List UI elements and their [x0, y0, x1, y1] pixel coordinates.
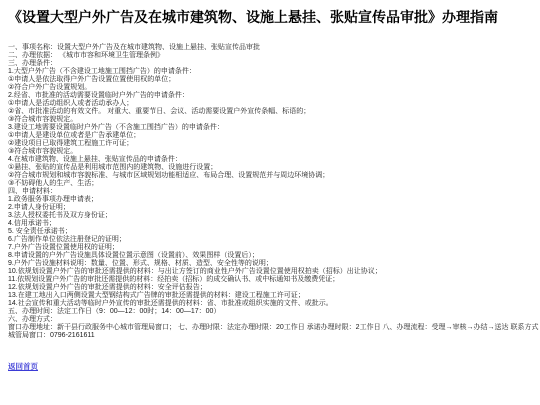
doc-line-conditions-heading: 三、办理条件： [8, 60, 540, 68]
doc-line-time: 五、办理时间：法定工作日（9：00—12：00时；14：00—17：00） [8, 308, 540, 316]
return-home-link[interactable]: 返回首页 [8, 362, 38, 371]
doc-line: 4.信用承诺书； [8, 220, 540, 228]
doc-line: ①悬挂、张贴的宣传品是利用城市范围内的建筑物、设施进行设置； [8, 164, 540, 172]
doc-line: ②建设项目已取得建筑工程施工许可证； [8, 140, 540, 148]
doc-line: ①申请人是建设单位或者是广告承建单位； [8, 132, 540, 140]
document-body: 一、事项名称：设置大型户外广告及在城市建筑物、设施上悬挂、张贴宣传品审批 二、办… [8, 44, 540, 340]
doc-line-basis: 二、办理依据： 《城市市容和环境卫生管理条例》 [8, 52, 540, 60]
doc-line: 12.依规划设置户外广告的审批还需提供的材料：安全评估报告； [8, 284, 540, 292]
doc-line: 2.经省、市批准的活动需要设置临时户外广告的申请条件： [8, 92, 540, 100]
document-page: 《设置大型户外广告及在城市建筑物、设施上悬挂、张贴宣传品审批》办理指南 一、事项… [0, 0, 540, 374]
doc-line: 6.广告制作单位依法注册登记的证明； [8, 236, 540, 244]
doc-line-method-heading: 六、办理方式： [8, 316, 540, 324]
doc-line: 13.在建工地出入口两侧设置大型钢结构式广告牌的审批还需提供的材料：建设工程施工… [8, 292, 540, 300]
doc-line: ②符合城市规划和城市容貌标准、与城市区域规划功能相适应、布局合理、设置规范并与周… [8, 172, 540, 180]
doc-line: ②省、市批准活动的有效文件。 对重大、重要节日、会议、活动需要设置户外宣传条幅、… [8, 108, 540, 116]
doc-line: ③不妨碍他人的生产、生活； [8, 180, 540, 188]
doc-line: 3.法人授权委托书及双方身份证； [8, 212, 540, 220]
page-footer: 返回首页 [8, 356, 540, 374]
doc-line: 3.建设工地需要设置临时户外广告（不含施工围挡广告）的申请条件： [8, 124, 540, 132]
doc-line: ①申请人是活动组织人或者活动承办人； [8, 100, 540, 108]
doc-line: ①申请人是依法取得户外广告设置位置使用权的单位； [8, 76, 540, 84]
doc-line: 7.户外广告设置位置使用权的证明； [8, 244, 540, 252]
doc-line: 1.大型户外广告（不含建设工地施工围挡广告）的申请条件： [8, 68, 540, 76]
doc-line: 2.申请人身份证明； [8, 204, 540, 212]
doc-line-contact-phone: 城管局窗口：0796-2161611 [8, 332, 540, 340]
doc-line: 10.依规划设置户外广告的审批还需提供的材料：与出让方签订的商业性户外广告设置位… [8, 268, 540, 276]
doc-line: 9.户外广告设施材料说明：数量、位置、形式、规格、材质、造型、安全性等的说明； [8, 260, 540, 268]
doc-line-materials-heading: 四、申请材料： [8, 188, 540, 196]
doc-line: 4.在城市建筑物、设施上悬挂、张贴宣传品的申请条件： [8, 156, 540, 164]
doc-line: ②符合户外广告设置规划。 [8, 84, 540, 92]
page-title: 《设置大型户外广告及在城市建筑物、设施上悬挂、张贴宣传品审批》办理指南 [8, 8, 540, 26]
doc-line: ③符合城市容貌规定。 [8, 116, 540, 124]
doc-line: 14.社会宣传和重大活动等临时户外宣传的审批还需提供的材料：省、市批准或组织实施… [8, 300, 540, 308]
doc-line: 8.申请设置的户外广告设施具体设置位置示意图（设置前）、效果图样（设置后）； [8, 252, 540, 260]
doc-line-address-limits: 窗口办理地址：新干县行政服务中心城市管理局窗口； 七、办理时限：法定办理时限：2… [8, 324, 540, 332]
doc-line-item-name: 一、事项名称：设置大型户外广告及在城市建筑物、设施上悬挂、张贴宣传品审批 [8, 44, 540, 52]
doc-line: 5. 安全责任承诺书； [8, 228, 540, 236]
doc-line: 11.依规划设置户外广告的审批还需提供的材料：经拍卖（招标）的成交确认书、或中标… [8, 276, 540, 284]
doc-line: 1.政务服务事项办理申请表； [8, 196, 540, 204]
doc-line: ③符合城市容貌规定。 [8, 148, 540, 156]
